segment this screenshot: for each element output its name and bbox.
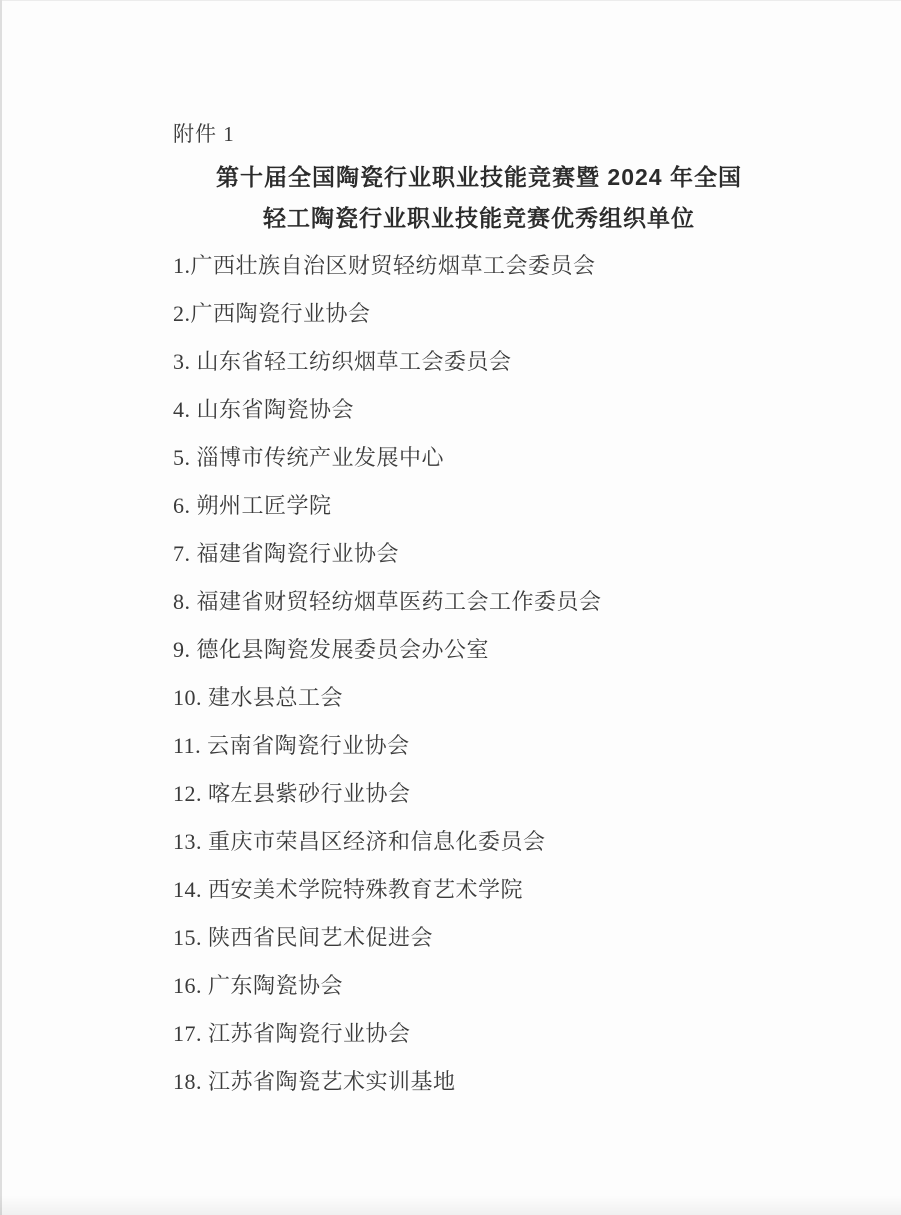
document-title-line-1: 第十届全国陶瓷行业职业技能竞赛暨 2024 年全国	[173, 157, 785, 198]
org-list-item: 17. 江苏省陶瓷行业协会	[173, 1010, 785, 1058]
document-content: 附件 1 第十届全国陶瓷行业职业技能竞赛暨 2024 年全国 轻工陶瓷行业职业技…	[173, 123, 785, 1106]
org-list-item: 16. 广东陶瓷协会	[173, 962, 785, 1010]
org-list-item: 9. 德化县陶瓷发展委员会办公室	[173, 626, 785, 674]
org-list-item: 10. 建水县总工会	[173, 674, 785, 722]
org-list-item: 13. 重庆市荣昌区经济和信息化委员会	[173, 818, 785, 866]
org-list-item: 5. 淄博市传统产业发展中心	[173, 434, 785, 482]
org-list-item: 4. 山东省陶瓷协会	[173, 386, 785, 434]
document-title-line-2: 轻工陶瓷行业职业技能竞赛优秀组织单位	[173, 198, 785, 239]
document-page: 附件 1 第十届全国陶瓷行业职业技能竞赛暨 2024 年全国 轻工陶瓷行业职业技…	[0, 0, 901, 1215]
organization-list: 1.广西壮族自治区财贸轻纺烟草工会委员会2.广西陶瓷行业协会3. 山东省轻工纺织…	[173, 242, 785, 1106]
org-list-item: 2.广西陶瓷行业协会	[173, 290, 785, 338]
org-list-item: 11. 云南省陶瓷行业协会	[173, 722, 785, 770]
org-list-item: 15. 陕西省民间艺术促进会	[173, 914, 785, 962]
document-title: 第十届全国陶瓷行业职业技能竞赛暨 2024 年全国 轻工陶瓷行业职业技能竞赛优秀…	[173, 157, 785, 239]
org-list-item: 3. 山东省轻工纺织烟草工会委员会	[173, 338, 785, 386]
attachment-label: 附件 1	[173, 123, 785, 145]
org-list-item: 1.广西壮族自治区财贸轻纺烟草工会委员会	[173, 242, 785, 290]
org-list-item: 8. 福建省财贸轻纺烟草医药工会工作委员会	[173, 578, 785, 626]
org-list-item: 14. 西安美术学院特殊教育艺术学院	[173, 866, 785, 914]
org-list-item: 6. 朔州工匠学院	[173, 482, 785, 530]
org-list-item: 7. 福建省陶瓷行业协会	[173, 530, 785, 578]
org-list-item: 18. 江苏省陶瓷艺术实训基地	[173, 1058, 785, 1106]
org-list-item: 12. 喀左县紫砂行业协会	[173, 770, 785, 818]
